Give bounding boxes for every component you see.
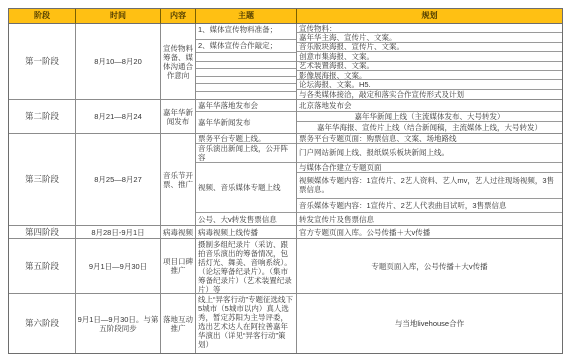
plan-row: 门户网站新闻上线、报纸娱乐板块新闻上线。	[297, 144, 562, 163]
plan-row: 专题页面入库，公号传播＋大v传播	[297, 239, 562, 293]
theme-row	[196, 77, 296, 84]
header-plan: 规划	[297, 9, 562, 24]
time-cell: 8月25—8月27	[76, 134, 161, 226]
header-time: 时间	[76, 9, 161, 24]
plan-row: 嘉年华海报、宣传片上线（结合新闻稿，主流媒体上线，大号转发）	[297, 122, 562, 133]
theme-cell: 病毒视频上线传播	[196, 226, 297, 239]
time-cell: 8月10—8月20	[76, 24, 161, 100]
content-cell: 音乐节开票、推广	[161, 134, 196, 226]
stage-cell: 第四阶段	[9, 226, 76, 239]
plan-cell: 票务平台专题页面：购票信息、文案、场地路线门户网站新闻上线、报纸娱乐板块新闻上线…	[297, 134, 562, 226]
time-cell: 8月21—8月24	[76, 100, 161, 134]
theme-row	[196, 53, 296, 63]
plan-row: 嘉年华新闻上线（主流媒体发布、大号转发）	[297, 112, 562, 123]
stage-cell: 第三阶段	[9, 134, 76, 226]
theme-row	[196, 84, 296, 92]
plan-row: 音乐版块海报、宣传片、文案。	[297, 43, 562, 52]
plan-cell: 宣传物料：嘉年华主海、宣传片、文案。音乐版块海报、宣传片、文案。创意市集海报、文…	[297, 24, 562, 100]
theme-cell: 线上“异客行动”专题征选线下5城市（5城市以内）真人选秀，暂定苏阳为主导评委，选…	[196, 294, 297, 353]
header-row: 阶段时间内容主题规划	[9, 9, 562, 24]
header-content: 内容	[161, 9, 196, 24]
time-cell: 9月1日—9月30日。与第五阶段同步	[76, 294, 161, 353]
plan-row: 官方专题页面入库。公号传播＋大v传播	[297, 226, 562, 238]
plan-row: 与当地livehouse合作	[297, 294, 562, 353]
stage-cell: 第二阶段	[9, 100, 76, 134]
theme-row: 嘉年华新闻发布	[196, 112, 296, 133]
plan-row: 与媒体合作建立专题页面	[297, 163, 562, 173]
header-theme: 主题	[196, 9, 297, 24]
plan-row: 论坛海报、文案。H5.	[297, 80, 562, 89]
stage-cell: 第六阶段	[9, 294, 76, 353]
plan-row: 宣传物料：	[297, 24, 562, 33]
page: { "table": { "header": ["阶段", "时间", "内容"…	[0, 0, 570, 360]
content-cell: 项目口碑推广	[161, 239, 196, 294]
phase-row: 第四阶段8月28日-9月1日病毒视频病毒视频上线传播官方专题页面入库。公号传播＋…	[9, 226, 562, 239]
content-cell: 病毒视频	[161, 226, 196, 239]
phase-row: 第三阶段8月25—8月27音乐节开票、推广票务平台专题上线。音乐演出新闻上线，公…	[9, 134, 562, 226]
theme-row: 摄制多组纪录片（采访、跟拍音乐演出的筹备情况，包括灯光、舞美、音响系统）。（论坛…	[196, 239, 296, 293]
plan-row: 影像展海报、文案。	[297, 71, 562, 80]
theme-row: 音乐演出新闻上线，公开阵容	[196, 144, 296, 163]
theme-row: 病毒视频上线传播	[196, 226, 296, 238]
content-cell: 落地互动推广	[161, 294, 196, 353]
time-cell: 9月1日—9月30日	[76, 239, 161, 294]
content-cell: 宣传物料筹备、媒体沟通合作意向	[161, 24, 196, 100]
plan-row: 转发宣传片及售票信息	[297, 213, 562, 225]
plan-cell: 北京落地发布会嘉年华新闻上线（主流媒体发布、大号转发）嘉年华海报、宣传片上线（结…	[297, 100, 562, 134]
plan-row: 创意市集海报、文案。	[297, 52, 562, 61]
stage-cell: 第一阶段	[9, 24, 76, 100]
plan-row: 北京落地发布会	[297, 100, 562, 112]
theme-cell: 票务平台专题上线。音乐演出新闻上线，公开阵容视频、音乐媒体专题上线公号、大v转发…	[196, 134, 297, 226]
theme-row: 视频、音乐媒体专题上线	[196, 163, 296, 213]
theme-row: 1、媒体宣传物料准备；	[196, 24, 296, 40]
theme-cell: 摄制多组纪录片（采访、跟拍音乐演出的筹备情况，包括灯光、舞美、音响系统）。（论坛…	[196, 239, 297, 294]
theme-row: 票务平台专题上线。	[196, 134, 296, 144]
stage-cell: 第五阶段	[9, 239, 76, 294]
theme-row: 线上“异客行动”专题征选线下5城市（5城市以内）真人选秀，暂定苏阳为主导评委，选…	[196, 294, 296, 353]
plan-row: 视频媒体专题内容：1宣传片、2艺人资料、艺人mv，艺人过往现场视频，3售票信息。	[297, 173, 562, 200]
phase-row: 第六阶段9月1日—9月30日。与第五阶段同步落地互动推广线上“异客行动”专题征选…	[9, 294, 562, 353]
theme-row: 2、媒体宣传合作敲定；	[196, 40, 296, 53]
phase-row: 第二阶段8月21—8月24嘉年华新闻发布嘉年华落地发布会嘉年华新闻发布北京落地发…	[9, 100, 562, 134]
plan-row: 与各类媒体接洽，敲定和落实合作宣传形式及计划	[297, 90, 562, 99]
plan-row: 艺术装置海报、文案。	[297, 62, 562, 71]
promotion-schedule-table: 阶段时间内容主题规划第一阶段8月10—8月20宣传物料筹备、媒体沟通合作意向1、…	[8, 8, 563, 354]
phase-row: 第五阶段9月1日—9月30日项目口碑推广摄制多组纪录片（采访、跟拍音乐演出的筹备…	[9, 239, 562, 294]
theme-row	[196, 62, 296, 69]
plan-cell: 专题页面入库，公号传播＋大v传播	[297, 239, 562, 294]
plan-row: 音乐媒体专题内容：1宣传片、2艺人代表曲目试听，3售票信息	[297, 199, 562, 213]
theme-row: 嘉年华落地发布会	[196, 100, 296, 112]
theme-row: 公号、大v转发售票信息	[196, 213, 296, 225]
plan-cell: 与当地livehouse合作	[297, 294, 562, 353]
theme-cell: 嘉年华落地发布会嘉年华新闻发布	[196, 100, 297, 134]
header-stage: 阶段	[9, 9, 76, 24]
plan-cell: 官方专题页面入库。公号传播＋大v传播	[297, 226, 562, 239]
theme-row	[196, 92, 296, 99]
theme-row	[196, 69, 296, 77]
time-cell: 8月28日-9月1日	[76, 226, 161, 239]
plan-row: 票务平台专题页面：购票信息、文案、场地路线	[297, 134, 562, 144]
theme-cell: 1、媒体宣传物料准备；2、媒体宣传合作敲定；	[196, 24, 297, 100]
content-cell: 嘉年华新闻发布	[161, 100, 196, 134]
phase-row: 第一阶段8月10—8月20宣传物料筹备、媒体沟通合作意向1、媒体宣传物料准备；2…	[9, 24, 562, 100]
plan-row: 嘉年华主海、宣传片、文案。	[297, 33, 562, 42]
